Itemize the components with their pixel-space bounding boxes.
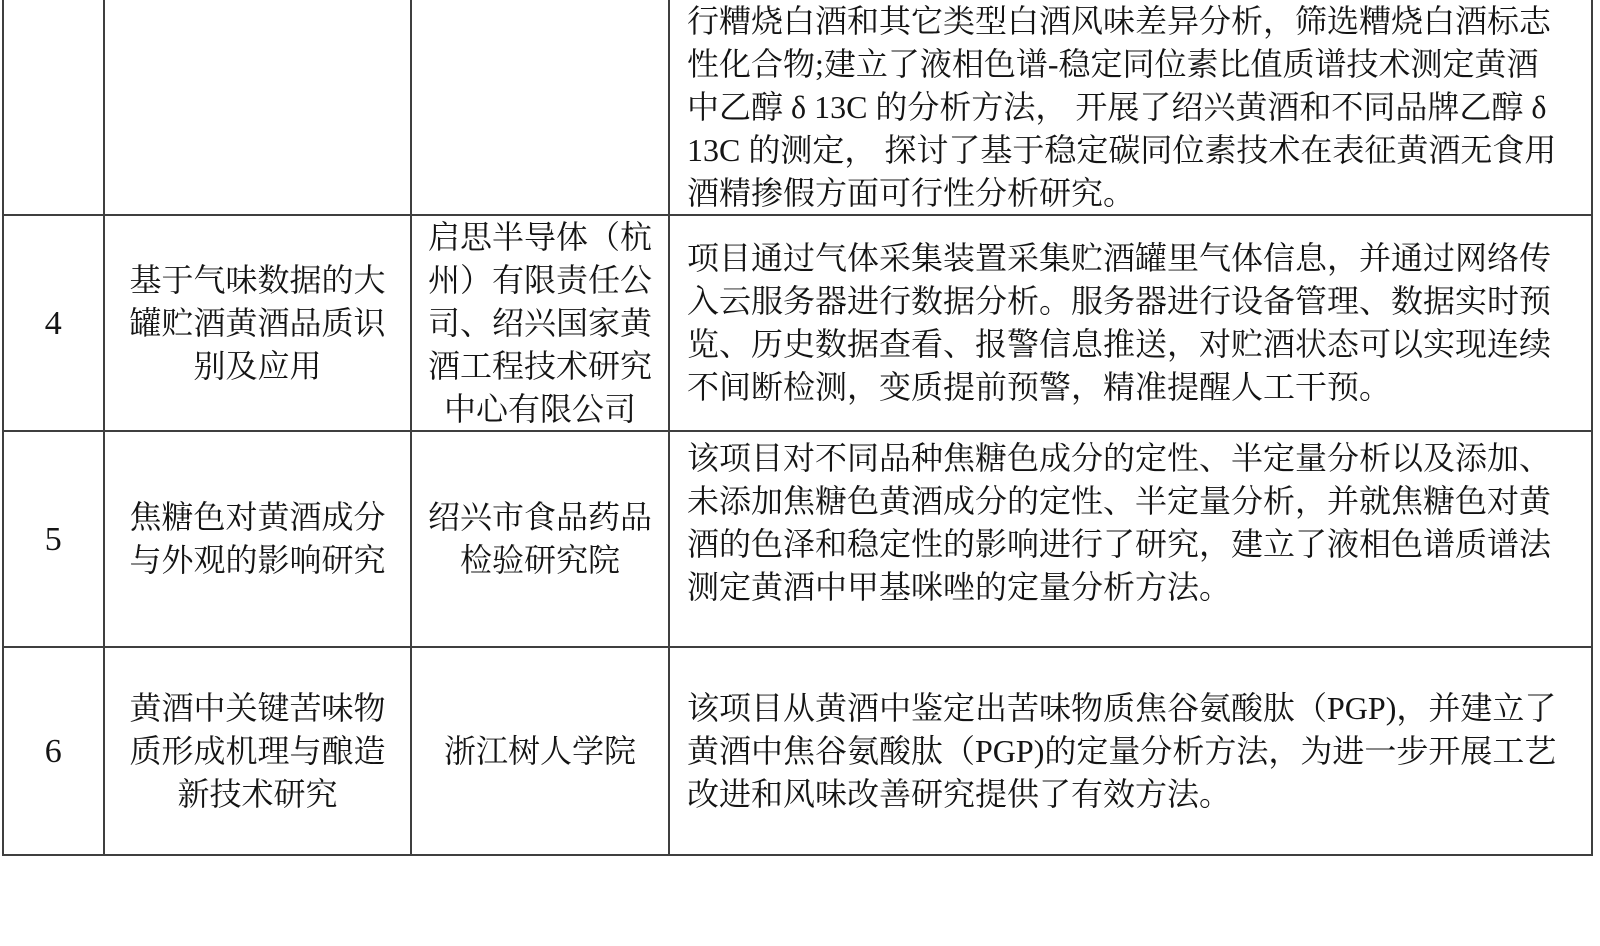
row-4-project-cell: 基于气味数据的大 罐贮酒黄酒品质识 别及应用 — [105, 216, 412, 432]
row-4-organization-cell: 启思半导体（杭 州）有限责任公 司、绍兴国家黄 酒工程技术研究 中心有限公司 — [412, 216, 670, 432]
row-5-project-cell: 焦糖色对黄酒成分 与外观的影响研究 — [105, 432, 412, 648]
row-continuation-description-cell: 行糟烧白酒和其它类型白酒风味差异分析，筛选糟烧白酒标志 性化合物;建立了液相色谱… — [670, 0, 1593, 216]
row-4-description-cell: 项目通过气体采集装置采集贮酒罐里气体信息，并通过网络传 入云服务器进行数据分析。… — [670, 216, 1593, 432]
row-6-description-cell: 该项目从黄酒中鉴定出苦味物质焦谷氨酸肽（PGP)，并建立了 黄酒中焦谷氨酸肽（P… — [670, 648, 1593, 856]
row-continuation-project-cell — [105, 0, 412, 216]
row-5-description: 该项目对不同品种焦糖色成分的定性、半定量分析以及添加、 未添加焦糖色黄酒成分的定… — [687, 437, 1575, 609]
row-5-organization-cell: 绍兴市食品药品 检验研究院 — [412, 432, 670, 648]
projects-table: 行糟烧白酒和其它类型白酒风味差异分析，筛选糟烧白酒标志 性化合物;建立了液相色谱… — [2, 0, 1591, 856]
row-5-number-cell: 5 — [4, 432, 105, 648]
row-4-number-cell: 4 — [4, 216, 105, 432]
row-6-project-cell: 黄酒中关键苦味物 质形成机理与酿造 新技术研究 — [105, 648, 412, 856]
row-6-organization-cell: 浙江树人学院 — [412, 648, 670, 856]
row-continuation-number-cell — [4, 0, 105, 216]
row-continuation-description: 行糟烧白酒和其它类型白酒风味差异分析，筛选糟烧白酒标志 性化合物;建立了液相色谱… — [687, 0, 1575, 215]
row-continuation-organization-cell — [412, 0, 670, 216]
row-5-organization: 绍兴市食品药品 检验研究院 — [428, 496, 652, 582]
row-6-description: 该项目从黄酒中鉴定出苦味物质焦谷氨酸肽（PGP)，并建立了 黄酒中焦谷氨酸肽（P… — [687, 687, 1575, 816]
row-5-number: 5 — [45, 518, 63, 561]
row-6-project: 黄酒中关键苦味物 质形成机理与酿造 新技术研究 — [129, 687, 385, 816]
row-6-organization: 浙江树人学院 — [444, 730, 636, 773]
row-5-description-cell: 该项目对不同品种焦糖色成分的定性、半定量分析以及添加、 未添加焦糖色黄酒成分的定… — [670, 432, 1593, 648]
row-6-number: 6 — [45, 730, 63, 773]
row-6-number-cell: 6 — [4, 648, 105, 856]
document-page: 行糟烧白酒和其它类型白酒风味差异分析，筛选糟烧白酒标志 性化合物;建立了液相色谱… — [0, 0, 1600, 946]
row-4-number: 4 — [45, 302, 63, 345]
row-4-description: 项目通过气体采集装置采集贮酒罐里气体信息，并通过网络传 入云服务器进行数据分析。… — [687, 237, 1575, 409]
row-4-project: 基于气味数据的大 罐贮酒黄酒品质识 别及应用 — [129, 259, 385, 388]
row-4-organization: 启思半导体（杭 州）有限责任公 司、绍兴国家黄 酒工程技术研究 中心有限公司 — [428, 216, 652, 431]
row-5-project: 焦糖色对黄酒成分 与外观的影响研究 — [129, 496, 385, 582]
